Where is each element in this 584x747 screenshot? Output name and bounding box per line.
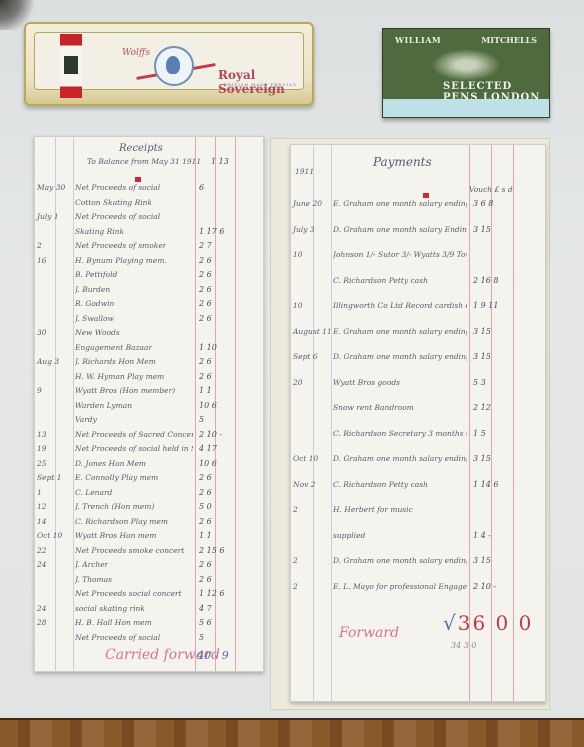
- entry-date: 25: [37, 459, 47, 468]
- entry-amount: 3 15: [473, 352, 491, 361]
- entry-text: Wyatt Bros Hon mem: [75, 531, 156, 540]
- entry-text: J. Richards Hon Mem: [75, 357, 156, 366]
- entry-date: 12: [37, 502, 47, 511]
- entry-amount: 1 1: [199, 386, 212, 395]
- table-edge: [0, 718, 584, 747]
- entry-date: 22: [37, 546, 47, 555]
- red-mark: [135, 177, 141, 182]
- entry-amount: 5 0: [199, 502, 212, 511]
- entry-amount: 2 10 -: [199, 430, 222, 439]
- entry-text: B. Pettifold: [75, 270, 117, 279]
- medal-icon: [154, 46, 194, 86]
- entry-text: J. Thomas: [75, 575, 112, 584]
- entry-text: C. Richardson Petty cash: [333, 276, 428, 285]
- entry-amount: 2 6: [199, 372, 212, 381]
- entry-text: E. Connolly Play mem: [75, 473, 158, 482]
- payments-page: 1911 Payments Vouch £ s d June 20E. Grah…: [290, 144, 546, 702]
- entry-text: E. Graham one month salary ending June 3…: [333, 199, 467, 208]
- entry-amount: 5: [199, 415, 204, 424]
- entry-text: D. Graham one month salary ending Oct 3r…: [333, 454, 467, 463]
- entry-text: D. Graham one month salary ending Sept 3…: [333, 352, 467, 361]
- footer-total-value: 36 0 0: [458, 611, 534, 635]
- entry-amount: 2 6: [199, 285, 212, 294]
- entry-amount: 2 12: [473, 403, 491, 412]
- entry-amount: 3 15: [473, 327, 491, 336]
- entry-date: July 3: [293, 225, 315, 234]
- entry-amount: 10 6: [199, 459, 217, 468]
- entry-text: Illingworth Co Ltd Record cardish etc: [333, 301, 467, 310]
- entry-text: Net Proceeds of social: [75, 212, 160, 221]
- entry-date: Sept 6: [293, 352, 318, 361]
- entry-date: 2: [293, 582, 298, 591]
- entry-amount: 4 7: [199, 604, 212, 613]
- entry-date: June 20: [293, 199, 322, 208]
- entry-date: Oct 10: [293, 454, 318, 463]
- entry-amount: 5 3: [473, 378, 486, 387]
- entry-amount: 2 6: [199, 473, 212, 482]
- entry-text: R. Godwin: [75, 299, 114, 308]
- entry-amount: 2 6: [199, 270, 212, 279]
- entry-text: Net Proceeds social concert: [75, 589, 182, 598]
- entry-amount: 5: [199, 633, 204, 642]
- entry-date: May 30: [37, 183, 65, 192]
- margin-rule: [331, 145, 332, 701]
- entry-text: J. Burden: [75, 285, 110, 294]
- entry-text: Net Proceeds of social held in Skating R…: [75, 444, 193, 453]
- entry-date: 2: [293, 556, 298, 565]
- footer-sub: 34 3 0: [451, 641, 476, 650]
- entry-text: Skating Rink: [75, 227, 124, 236]
- entry-date: 16: [37, 256, 47, 265]
- entry-amount: 2 6: [199, 314, 212, 323]
- entry-date: 10: [293, 301, 303, 310]
- receipts-page: Receipts To Balance from May 31 1911 1 1…: [34, 136, 264, 672]
- entry-amount: 4 17: [199, 444, 217, 453]
- tin-subtitle: BRITISH MADE PENCILS: [224, 82, 297, 87]
- page-subtitle: To Balance from May 31 1911: [87, 157, 201, 166]
- tin-brand: Wolffs: [122, 48, 150, 58]
- page-title: Receipts: [119, 143, 163, 154]
- entry-amount: 6: [199, 183, 204, 192]
- entry-amount: 2 6: [199, 560, 212, 569]
- entry-amount: 1 9 11: [473, 301, 498, 310]
- entry-date: 13: [37, 430, 47, 439]
- entry-amount: 2 10 -: [473, 582, 496, 591]
- entry-amount: 1 4 -: [473, 531, 491, 540]
- entry-amount: 2 6: [199, 256, 212, 265]
- entry-date: Aug 3: [37, 357, 59, 366]
- pen-box: WILLIAM MITCHELLS SELECTED PENS LONDON: [382, 28, 550, 118]
- footer-total: 40 - 9: [197, 649, 229, 662]
- entry-text: C. Lenard: [75, 488, 112, 497]
- entry-date: 20: [293, 378, 303, 387]
- amount-rule: [195, 137, 196, 671]
- entry-amount: 2 6: [199, 299, 212, 308]
- entry-text: Net Proceeds of smoker: [75, 241, 166, 250]
- entry-text: social skating rink: [75, 604, 145, 613]
- entry-text: Warden Lyman: [75, 401, 132, 410]
- entry-amount: 1 5: [473, 429, 486, 438]
- entry-text: D. Jones Hon Mem: [75, 459, 146, 468]
- entry-date: Nov 2: [293, 480, 315, 489]
- entry-date: 1: [37, 488, 42, 497]
- entry-text: supplied: [333, 531, 365, 540]
- entry-text: E. L. Mayo for professional Engagement: [333, 582, 467, 591]
- entry-date: 24: [37, 604, 47, 613]
- entry-date: Sept 1: [37, 473, 62, 482]
- entry-text: J. Swallow: [75, 314, 114, 323]
- entry-text: D. Graham one month salary Ending July 3…: [333, 225, 467, 234]
- entry-text: J. Trench (Hon mem): [75, 502, 154, 511]
- entry-text: C. Richardson Secretary 3 months salary …: [333, 429, 467, 438]
- royal-crest-icon: [64, 56, 78, 74]
- entry-amount: 1 12 6: [199, 589, 224, 598]
- entry-amount: 1 1: [199, 531, 212, 540]
- entry-text: H. Herbert for music: [333, 505, 413, 514]
- entry-amount: 2 15 6: [199, 546, 224, 555]
- page-title: Payments: [373, 155, 432, 169]
- opening-amount: 1 13: [211, 157, 229, 166]
- entry-text: C. Richardson Play mem: [75, 517, 168, 526]
- entry-text: Johnson 1/- Sutor 3/- Wyatts 3/9 Towels …: [333, 250, 467, 259]
- entry-text: Cotton Skating Rink: [75, 198, 152, 207]
- entry-amount: 2 6: [199, 357, 212, 366]
- entry-amount: 1 14 6: [473, 480, 498, 489]
- entry-date: 9: [37, 386, 42, 395]
- year: 1911: [295, 167, 314, 176]
- entry-date: 2: [293, 505, 298, 514]
- entry-amount: 1 10: [199, 343, 217, 352]
- entry-text: J. Archer: [75, 560, 108, 569]
- entry-amount: 2 7: [199, 241, 212, 250]
- entry-amount: 3 15: [473, 556, 491, 565]
- entry-date: July 1: [37, 212, 59, 221]
- footer-label: Forward: [339, 625, 399, 641]
- entry-amount: 5 6: [199, 618, 212, 627]
- entry-text: Net Proceeds smoke concert: [75, 546, 184, 555]
- pencil-tin: Wolffs Royal Sovereign BRITISH MADE PENC…: [24, 22, 314, 106]
- entry-text: Wyatt Bros (Hon member): [75, 386, 175, 395]
- entry-amount: 2 6: [199, 488, 212, 497]
- entry-amount: 1 17 6: [199, 227, 224, 236]
- entry-date: Oct 10: [37, 531, 62, 540]
- entry-text: Net Proceeds of social: [75, 183, 160, 192]
- margin-rule: [73, 137, 74, 671]
- entry-text: New Woods: [75, 328, 120, 337]
- entry-text: Vardy: [75, 415, 97, 424]
- entry-text: Net Proceeds of Sacred Concert: [75, 430, 193, 439]
- entry-date: August 11: [293, 327, 332, 336]
- entry-text: H. W. Hyman Play mem: [75, 372, 164, 381]
- entry-date: 14: [37, 517, 47, 526]
- entry-text: Net Proceeds of social: [75, 633, 160, 642]
- entry-text: Wyatt Bros goods: [333, 378, 400, 387]
- pen-box-label: [383, 99, 549, 117]
- footer-total: √36 0 0: [443, 611, 533, 635]
- entry-date: 19: [37, 444, 47, 453]
- entry-text: H. B. Hall Hon mem: [75, 618, 152, 627]
- entry-amount: 3 6 8: [473, 199, 493, 208]
- entry-text: H. Bynum Playing mem.: [75, 256, 167, 265]
- entry-date: 2: [37, 241, 42, 250]
- entry-amount: 2 6: [199, 517, 212, 526]
- entry-date: 28: [37, 618, 47, 627]
- entry-amount: 2 16 8: [473, 276, 498, 285]
- entry-text: Engagement Bazaar: [75, 343, 152, 352]
- entry-amount: 3 15: [473, 225, 491, 234]
- entry-amount: 3 15: [473, 454, 491, 463]
- entry-amount: 10 6: [199, 401, 217, 410]
- crest-icon: [431, 49, 501, 81]
- pen-box-text: WILLIAM: [395, 35, 441, 45]
- entry-date: 10: [293, 250, 303, 259]
- entry-text: C. Richardson Petty cash: [333, 480, 428, 489]
- red-mark: [423, 193, 429, 198]
- column-headers: Vouch £ s d: [469, 185, 513, 194]
- entry-date: 30: [37, 328, 47, 337]
- pen-box-text: MITCHELLS: [481, 35, 537, 45]
- entry-text: D. Graham one month salary ending Nov 3 …: [333, 556, 467, 565]
- entry-text: Snow rent Bandroom: [333, 403, 414, 412]
- entry-date: 24: [37, 560, 47, 569]
- entry-text: E. Graham one month salary ending Aug 3r…: [333, 327, 467, 336]
- amount-rule: [235, 137, 236, 671]
- entry-amount: 2 6: [199, 575, 212, 584]
